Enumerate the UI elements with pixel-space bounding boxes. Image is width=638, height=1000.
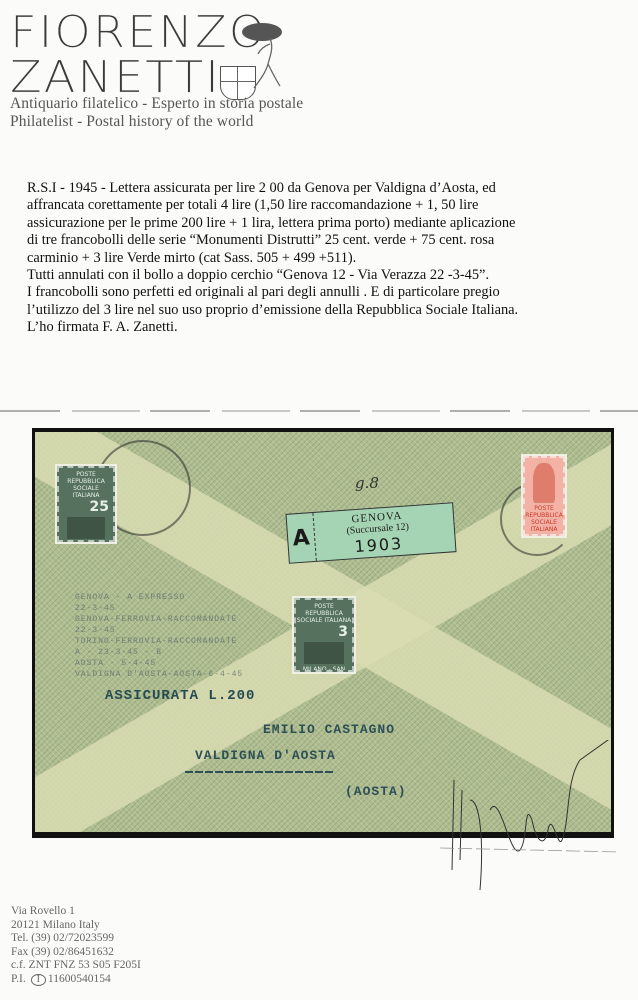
statue-figure-icon xyxy=(240,20,290,92)
address-line: Fax (39) 02/86451632 xyxy=(11,946,141,960)
tagline-italian: Antiquario filatelico - Esperto in stori… xyxy=(10,95,303,113)
vat-line: P.I. I11600540154 xyxy=(11,973,141,987)
stamp-value: 3 xyxy=(296,624,352,640)
description-line: affrancata corettamente per totali 4 lir… xyxy=(27,197,627,214)
monument-icon xyxy=(304,642,343,664)
routing-line: VALDIGNA D'AOSTA-AOSTA-6-4-45 xyxy=(75,669,243,680)
stamp-caption: ROMA - BASILICA xyxy=(60,541,111,542)
separator-line xyxy=(0,410,638,412)
country-code-badge: I xyxy=(31,974,46,986)
stamp-value: 75 xyxy=(525,533,563,536)
description-line: carminio + 3 lire Verde mirto (cat Sass.… xyxy=(27,250,627,267)
vat-number: 11600540154 xyxy=(48,973,111,985)
description-line: L’ho firmata F. A. Zanetti. xyxy=(27,319,627,336)
description-line: l’utilizzo del 3 lire nel suo uso propri… xyxy=(27,302,627,319)
routing-notes: GENOVA - A EXPRESSO 22-3-45 GENOVA-FERRO… xyxy=(75,592,243,680)
address-line: Via Rovello 1 xyxy=(11,905,141,919)
addressee-city: VALDIGNA D'AOSTA xyxy=(195,748,336,763)
handwritten-note: g.8 xyxy=(355,474,379,492)
routing-line: 22-3-45 xyxy=(75,625,243,636)
description-line: assicurazione per le prime 200 lire + 1 … xyxy=(27,215,627,232)
routing-line: AOSTA - 5-4-45 xyxy=(75,658,243,669)
vat-prefix: P.I. xyxy=(11,973,26,985)
routing-line: 22-3-45 xyxy=(75,603,243,614)
description-line: I francobolli sono perfetti ed originali… xyxy=(27,284,627,301)
stamp-value: 25 xyxy=(59,499,113,515)
address-line: Tel. (39) 02/72023599 xyxy=(11,932,141,946)
routing-line: GENOVA-FERROVIA-RACCOMANDATE xyxy=(75,614,243,625)
routing-line: TORINO-FERROVIA-RACCOMANDATE xyxy=(75,636,243,647)
stamp-header: POSTE REPUBBLICA SOCIALE ITALIANA xyxy=(297,603,352,624)
address-underline xyxy=(185,771,335,773)
registration-letter: A xyxy=(287,513,317,563)
addressee-name: EMILIO CASTAGNO xyxy=(263,722,395,737)
signature-icon xyxy=(440,740,620,900)
insured-amount: ASSICURATA L.200 xyxy=(105,688,255,704)
lot-description: R.S.I - 1945 - Lettera assicurata per li… xyxy=(27,180,627,337)
addressee-province: (AOSTA) xyxy=(345,784,407,799)
address-line: c.f. ZNT FNZ 53 S05 F205I xyxy=(11,959,141,973)
footer-address: Via Rovello 1 20121 Milano Italy Tel. (3… xyxy=(11,905,141,987)
stamp-25-cent: POSTE REPUBBLICA SOCIALE ITALIANA 25 ROM… xyxy=(57,466,115,542)
stamp-caption: MILANO - SAN MAURIZIO xyxy=(303,666,345,672)
stamp-75-cent: POSTE REPUBBLICA SOCIALE ITALIANA 75 xyxy=(523,456,565,536)
address-line: 20121 Milano Italy xyxy=(11,919,141,933)
stamp-3-lire: POSTE REPUBBLICA SOCIALE ITALIANA 3 MILA… xyxy=(294,598,354,672)
stamp-header: POSTE REPUBBLICA SOCIALE ITALIANA xyxy=(525,505,563,533)
description-line: R.S.I - 1945 - Lettera assicurata per li… xyxy=(27,180,627,197)
monument-icon xyxy=(67,517,105,539)
routing-line: GENOVA - A EXPRESSO xyxy=(75,592,243,603)
description-line: Tutti annulati con il bollo a doppio cer… xyxy=(27,267,627,284)
logo-first-name: FIORENZO xyxy=(10,10,267,56)
figure-icon xyxy=(533,463,556,503)
description-line: di tre francobolli delle serie “Monument… xyxy=(27,232,627,249)
tagline-english: Philatelist - Postal history of the worl… xyxy=(10,113,253,131)
routing-line: A - 23-3-45 - B xyxy=(75,647,243,658)
stamp-header: POSTE REPUBBLICA SOCIALE ITALIANA xyxy=(67,471,105,499)
